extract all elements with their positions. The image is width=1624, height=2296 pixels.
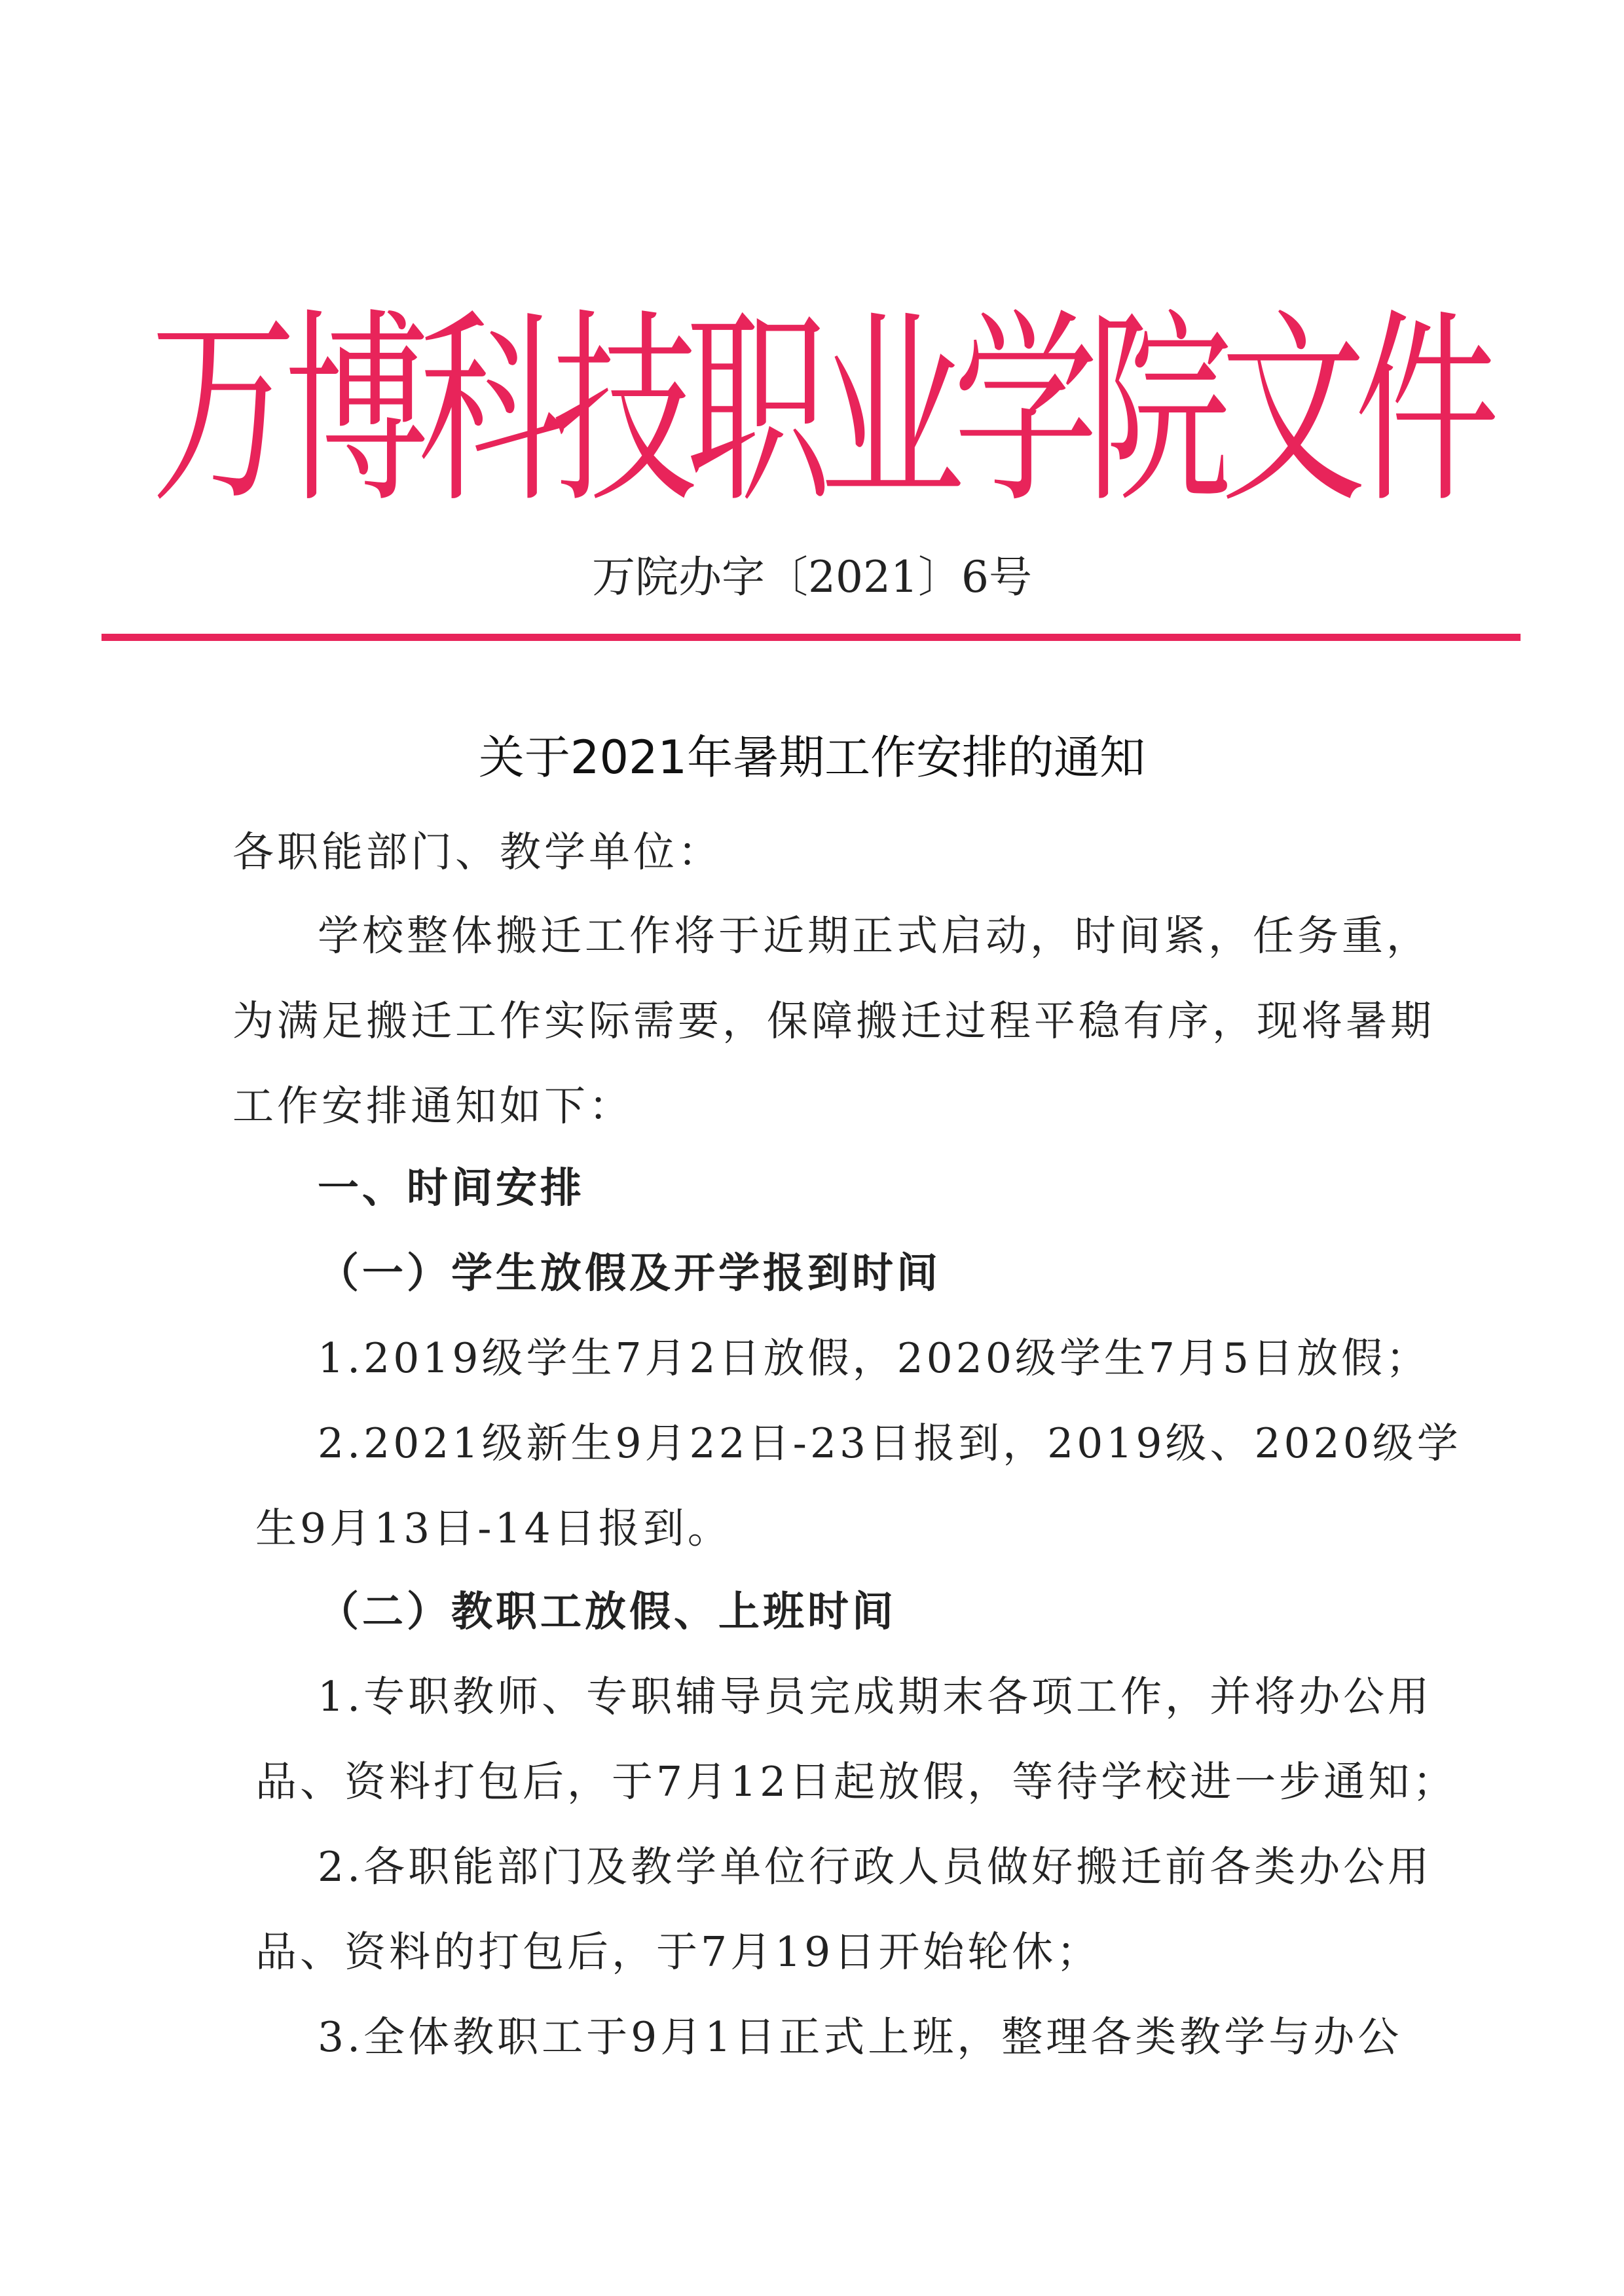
red-divider [101,634,1521,641]
addressee: 各职能部门、教学单位： [232,826,722,879]
intro-line-3: 工作安排通知如下： [232,1080,633,1133]
document-number: 万院办字〔2021〕6号 [0,551,1624,604]
student-item-2: 2.2021级新生9月22日-23日报到，2019级、2020级学 [318,1417,1462,1470]
notice-title: 关于2021年暑期工作安排的通知 [0,730,1624,785]
intro-line-1: 学校整体搬迁工作将于近期正式启动，时间紧，任务重， [318,910,1431,962]
student-item-2-cont: 生9月13日-14日报到。 [255,1503,732,1555]
staff-item-2-cont: 品、资料的打包后，于7月19日开始轮休； [255,1926,1101,1978]
org-document-title: 万博科技职业学院文件 [151,298,1134,525]
subsection-heading-students: （一）学生放假及开学报到时间 [318,1247,941,1300]
intro-line-2: 为满足搬迁工作实际需要，保障搬迁过程平稳有序，现将暑期 [232,995,1435,1048]
staff-item-1-cont: 品、资料打包后，于7月12日起放假，等待学校进一步通知； [255,1756,1457,1808]
staff-item-2: 2.各职能部门及教学单位行政人员做好搬迁前各类办公用 [318,1841,1432,1893]
subsection-heading-staff: （二）教职工放假、上班时间 [318,1586,896,1638]
section-heading-schedule: 一、时间安排 [318,1162,585,1214]
staff-item-1: 1.专职教师、专职辅导员完成期末各项工作，并将办公用 [318,1671,1432,1723]
student-item-1: 1.2019级学生7月2日放假，2020级学生7月5日放假； [318,1332,1430,1385]
staff-item-3: 3.全体教职工于9月1日正式上班，整理各类教学与办公 [318,2011,1402,2064]
